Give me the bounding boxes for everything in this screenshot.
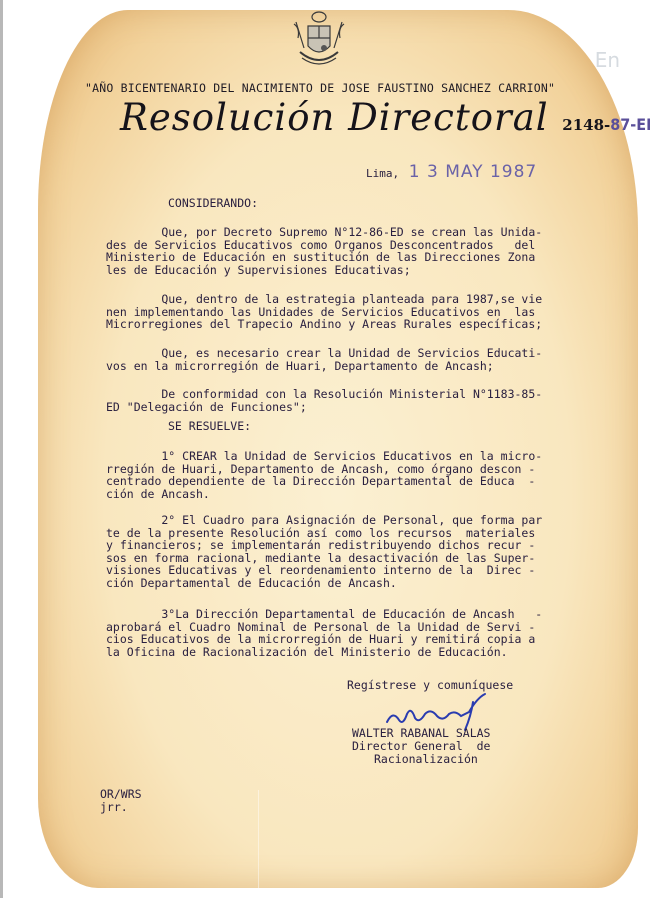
article-2: 2° El Cuadro para Asignación de Personal… bbox=[106, 514, 542, 590]
reference-initials: OR/WRS bbox=[100, 788, 142, 801]
resolution-number: 2148- bbox=[562, 116, 610, 134]
signatory-position: Director General de bbox=[352, 740, 490, 753]
signatory-office: Racionalización bbox=[374, 753, 478, 766]
resolution-number-stamp: 87-ED bbox=[610, 115, 650, 134]
considerando-heading: CONSIDERANDO: bbox=[168, 197, 258, 210]
coat-of-arms-icon bbox=[290, 8, 348, 74]
signatory-name: WALTER RABANAL SALAS bbox=[352, 727, 490, 740]
scan-left-edge bbox=[0, 0, 3, 898]
article-1: 1° CREAR la Unidad de Servicios Educativ… bbox=[106, 450, 542, 500]
article-3: 3°La Dirección Departamental de Educació… bbox=[106, 608, 542, 658]
resuelve-heading: SE RESUELVE: bbox=[168, 420, 251, 433]
considerando-paragraph-4: De conformidad con la Resolución Ministe… bbox=[106, 388, 542, 413]
bleed-through-mark: En bbox=[595, 48, 620, 72]
considerando-paragraph-3: Que, es necesario crear la Unidad de Ser… bbox=[106, 347, 542, 372]
considerando-paragraph-1: Que, por Decreto Supremo N°12-86-ED se c… bbox=[106, 226, 542, 276]
typist-initials: jrr. bbox=[100, 801, 128, 814]
document-title-row: Resolución Directoral 2148-87-ED bbox=[120, 96, 650, 139]
considerando-paragraph-2: Que, dentro de la estrategia planteada p… bbox=[106, 293, 542, 331]
date-stamp: 1 3 MAY 1987 bbox=[409, 162, 537, 182]
date-line: Lima, 1 3 MAY 1987 bbox=[366, 162, 537, 182]
commemorative-motto: "AÑO BICENTENARIO DEL NACIMIENTO DE JOSE… bbox=[85, 81, 615, 95]
closing-formula: Regístrese y comuníquese bbox=[347, 679, 513, 692]
document-title: Resolución Directoral bbox=[120, 96, 549, 139]
paper-crease bbox=[258, 790, 259, 890]
place: Lima, bbox=[366, 167, 399, 180]
